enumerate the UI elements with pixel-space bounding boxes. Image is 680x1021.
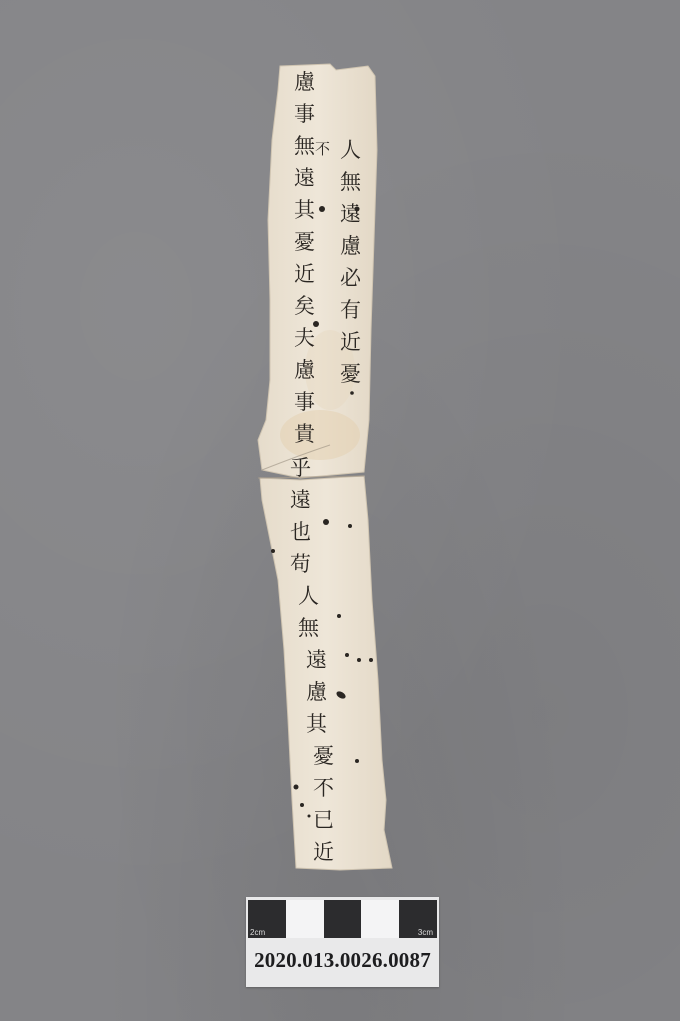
glyph: 夫	[294, 328, 315, 360]
glyph: 貴	[294, 424, 315, 456]
glyph: 人	[340, 140, 361, 172]
calligraphy-column-left-lower-c: 遠 慮 其	[306, 650, 327, 746]
scale-segment	[324, 900, 362, 938]
glyph: 乎	[290, 458, 311, 490]
scale-bar	[248, 900, 437, 938]
glyph: 無	[340, 172, 361, 204]
glyph: 近	[294, 264, 315, 296]
glyph: 憂	[313, 746, 334, 778]
glyph: 遠	[306, 650, 327, 682]
glyph: 不	[313, 778, 334, 810]
scale-label-left: 2cm	[250, 928, 265, 937]
glyph: 必	[340, 268, 361, 300]
glyph: 其	[294, 200, 315, 232]
paper-strip: 人 無 遠 慮 必 有 近 憂 不 慮 事 無 遠 其 憂 近 矣 夫 慮 事 …	[0, 0, 680, 1021]
scale-segment	[286, 900, 324, 938]
calligraphy-column-left-lower-d: 憂 不 已 近	[313, 746, 334, 874]
calligraphy-insert: 不	[315, 142, 330, 174]
glyph: 不	[315, 142, 330, 174]
glyph: 遠	[290, 490, 311, 522]
glyph: 矣	[294, 296, 315, 328]
glyph: 人	[298, 586, 319, 618]
glyph: 慮	[294, 72, 315, 104]
glyph: 已	[313, 810, 334, 842]
glyph: 近	[340, 332, 361, 364]
glyph: 遠	[340, 204, 361, 236]
glyph: 有	[340, 300, 361, 332]
glyph: 憂	[294, 232, 315, 264]
glyph: 慮	[294, 360, 315, 392]
glyph: 慮	[340, 236, 361, 268]
glyph: 苟	[290, 554, 311, 586]
glyph: 無	[298, 618, 319, 650]
calligraphy-column-left-lower-b: 人 無	[298, 586, 319, 650]
calligraphy-column-left-lower-a: 乎 遠 也 苟	[290, 458, 311, 586]
glyph: 也	[290, 522, 311, 554]
glyph: 其	[306, 714, 327, 746]
accession-number: 2020.013.0026.0087	[246, 948, 439, 973]
scale-card: 2cm 3cm 2020.013.0026.0087	[246, 897, 439, 987]
glyph: 近	[313, 842, 334, 874]
calligraphy-column-right: 人 無 遠 慮 必 有 近 憂	[340, 140, 361, 396]
glyph: 事	[294, 392, 315, 424]
calligraphy-column-left-upper: 慮 事 無 遠 其 憂 近 矣 夫 慮 事 貴	[294, 72, 315, 456]
glyph: 遠	[294, 168, 315, 200]
scale-label-right: 3cm	[418, 928, 433, 937]
scale-segment	[361, 900, 399, 938]
glyph: 無	[294, 136, 315, 168]
glyph: 慮	[306, 682, 327, 714]
glyph: 事	[294, 104, 315, 136]
glyph: 憂	[340, 364, 361, 396]
